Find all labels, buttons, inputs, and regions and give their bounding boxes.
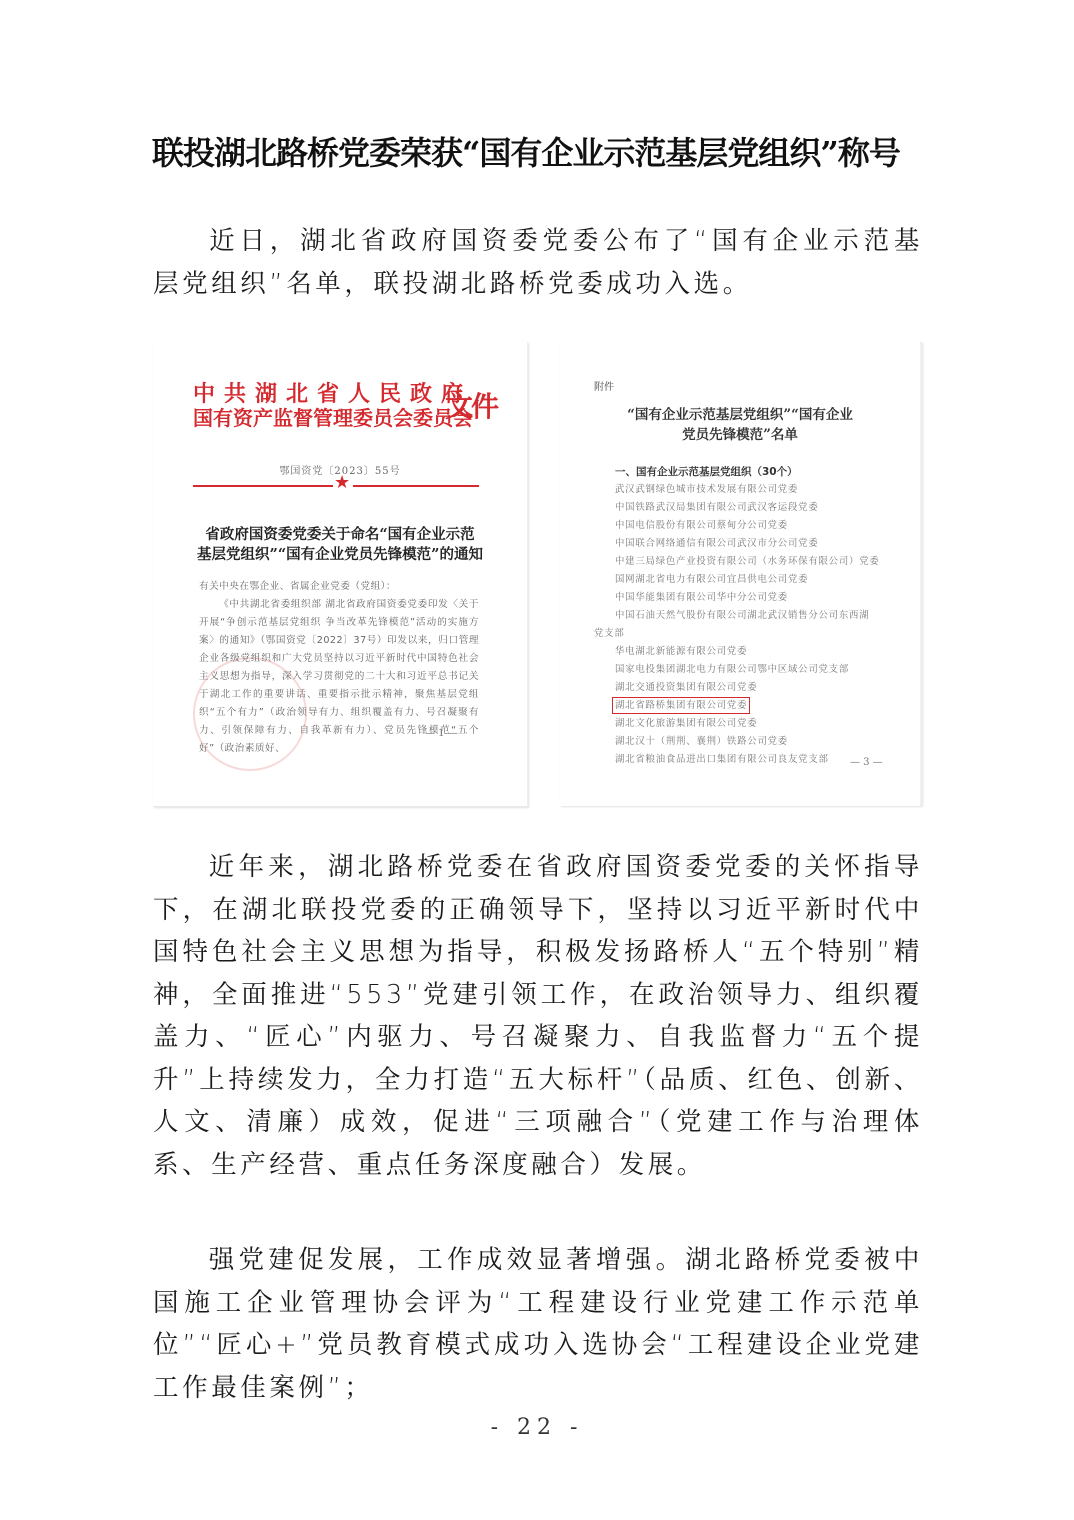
list-item-highlighted: 湖北省路桥集团有限公司党委 [594,697,894,715]
paragraph-background: 近年来，湖北路桥党委在省政府国资委党委的关怀指导下，在湖北联投党委的正确领导下，… [153,846,923,1186]
notice-title-line-2: 基层党组织”“国有企业党员先锋模范”的通知 [153,545,527,565]
list-item: 中国华能集团有限公司华中分公司党委 [594,589,894,607]
list-title: “国有企业示范基层党组织”“国有企业 党员先锋模范”名单 [560,405,920,445]
list-item: 中国铁路武汉局集团有限公司武汉客运段党委 [594,499,894,517]
list-item: 武汉武钢绿色城市技术发展有限公司党委 [594,481,894,499]
list-item: 中国电信股份有限公司蔡甸分公司党委 [594,517,894,535]
list-item: 湖北省粮油食品进出口集团有限公司良友党支部 [594,751,894,769]
scan-page-number: — 1 — [425,728,458,739]
list-item: 国网湖北省电力有限公司宜昌供电公司党委 [594,571,894,589]
scanned-attachment-list: 附件 “国有企业示范基层党组织”“国有企业 党员先锋模范”名单 一、国有企业示范… [560,342,922,806]
header-wen-jian: 文件 [445,384,497,430]
notice-title-line-1: 省政府国资委党委关于命名“国有企业示范 [153,525,527,545]
red-divider-right [353,485,479,487]
scanned-notice-document: 中共湖北省人民政府 国有资产监督管理委员会委员会 文件 鄂国资党〔2023〕55… [153,342,528,807]
paragraph-text: 强党建促发展，工作成效显著增强。湖北路桥党委被中国施工企业管理协会评为“工程建设… [153,1245,923,1403]
list-item: 中国石油天然气股份有限公司湖北武汉销售分公司东西湖 [594,607,894,625]
page-number: - 22 - [0,1415,1074,1440]
star-icon: ★ [334,473,350,493]
paragraph-achievements: 强党建促发展，工作成效显著增强。湖北路桥党委被中国施工企业管理协会评为“工程建设… [153,1239,923,1409]
section-heading: 一、国有企业示范基层党组织（30个） [615,464,798,479]
scan-page-number: — 3 — [850,757,883,768]
list-item: 中国联合网络通信有限公司武汉市分公司党委 [594,535,894,553]
notice-title: 省政府国资委党委关于命名“国有企业示范 基层党组织”“国有企业党员先锋模范”的通… [153,525,527,565]
red-divider-left [193,485,333,487]
list-item: 国家电投集团湖北电力有限公司鄂中区域公司党支部 [594,661,894,679]
list-title-line-2: 党员先锋模范”名单 [560,425,920,445]
list-title-line-1: “国有企业示范基层党组织”“国有企业 [560,405,920,425]
list-item: 中建三局绿色产业投资有限公司（水务环保有限公司）党委 [594,553,894,571]
article-title: 联投湖北路桥党委荣获“国有企业示范基层党组织”称号 [152,128,932,178]
organization-list: 武汉武钢绿色城市技术发展有限公司党委 中国铁路武汉局集团有限公司武汉客运段党委 … [594,481,894,769]
paragraph-intro: 近日，湖北省政府国资委党委公布了“国有企业示范基层党组织”名单，联投湖北路桥党委… [153,220,923,305]
list-item: 湖北交通投资集团有限公司党委 [594,679,894,697]
list-item: 华电湖北新能源有限公司党委 [594,643,894,661]
attachment-label: 附件 [594,378,614,393]
paragraph-text: 近日，湖北省政府国资委党委公布了“国有企业示范基层党组织”名单，联投湖北路桥党委… [153,226,923,299]
list-item: 湖北文化旅游集团有限公司党委 [594,715,894,733]
list-item: 湖北汉十（荆荆、襄荆）铁路公司党委 [594,733,894,751]
paragraph-text: 近年来，湖北路桥党委在省政府国资委党委的关怀指导下，在湖北联投党委的正确领导下，… [153,852,923,1180]
notice-addressee: 有关中央在鄂企业、省属企业党委（党组）： [199,578,479,596]
list-item-continuation: 党支部 [594,625,894,643]
